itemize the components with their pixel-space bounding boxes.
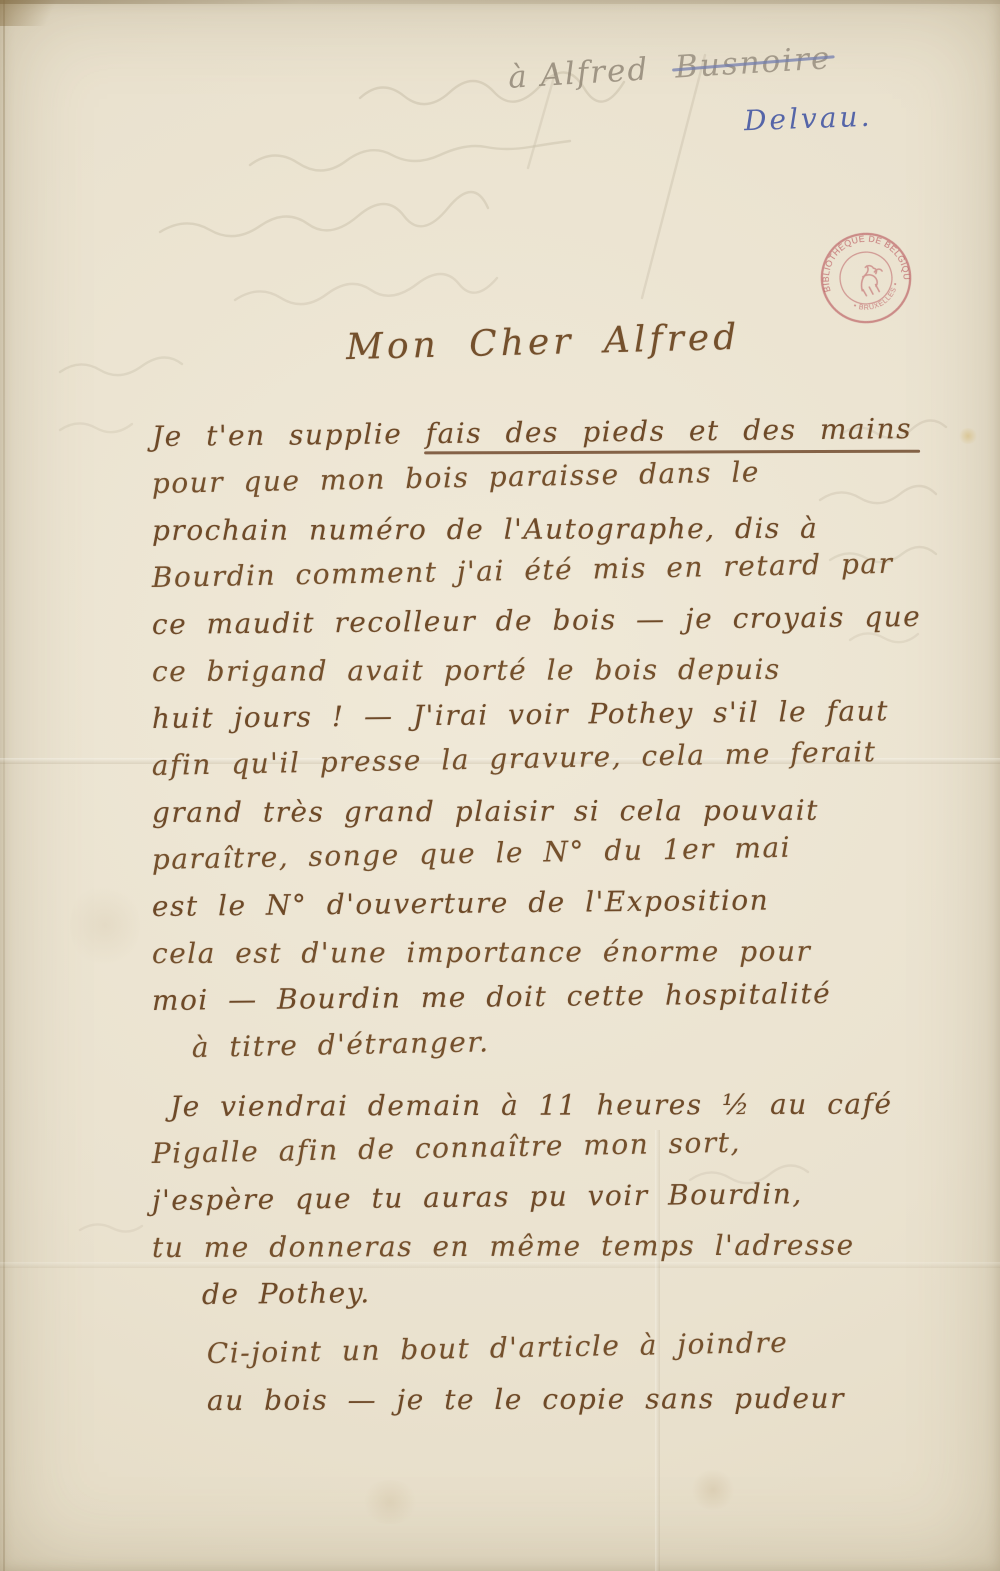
pencil-attribution: à AlfredBusnoire <box>507 40 832 96</box>
foxing-stain <box>70 880 140 970</box>
crossed-out-name: Busnoire <box>674 40 832 85</box>
foxing-stain <box>360 1480 420 1524</box>
paper-corner-wear <box>0 0 70 26</box>
opening-prefix: Je t'en supplie <box>152 417 403 453</box>
letter-line: est le N° d'ouverture de l'Exposition <box>152 881 997 937</box>
salutation: Mon Cher Alfred <box>346 317 741 368</box>
foxing-stain <box>690 1470 736 1510</box>
belgian-lion-icon <box>857 263 887 297</box>
letter-line: Ci-joint un bout d'article à joindre <box>207 1322 998 1384</box>
paper-left-edge <box>3 0 5 1571</box>
letter-line: ce maudit recolleur de bois — je croyais… <box>152 599 997 655</box>
letter-line: au bois — je te le copie sans pudeur <box>207 1381 997 1431</box>
letter-page: à AlfredBusnoire Delvau. BIBLIOTHÈQUE DE… <box>0 0 1000 1571</box>
underlined-phrase: fais des pieds et des mains <box>426 412 913 450</box>
pencil-name: à Alfred <box>507 51 650 96</box>
letter-body: Je t'en supplie fais des pieds et des ma… <box>152 420 997 1431</box>
blue-ink-correction: Delvau. <box>743 100 872 137</box>
letter-line: de Pothey. <box>202 1270 997 1325</box>
letter-line: j'espère que tu auras pu voir Bourdin, <box>152 1175 997 1231</box>
paper-top-edge <box>0 0 1000 4</box>
stamp-graphic: BIBLIOTHÈQUE DE BELGIQUE • BRUXELLES • <box>808 220 924 336</box>
library-stamp: BIBLIOTHÈQUE DE BELGIQUE • BRUXELLES • <box>808 220 924 336</box>
